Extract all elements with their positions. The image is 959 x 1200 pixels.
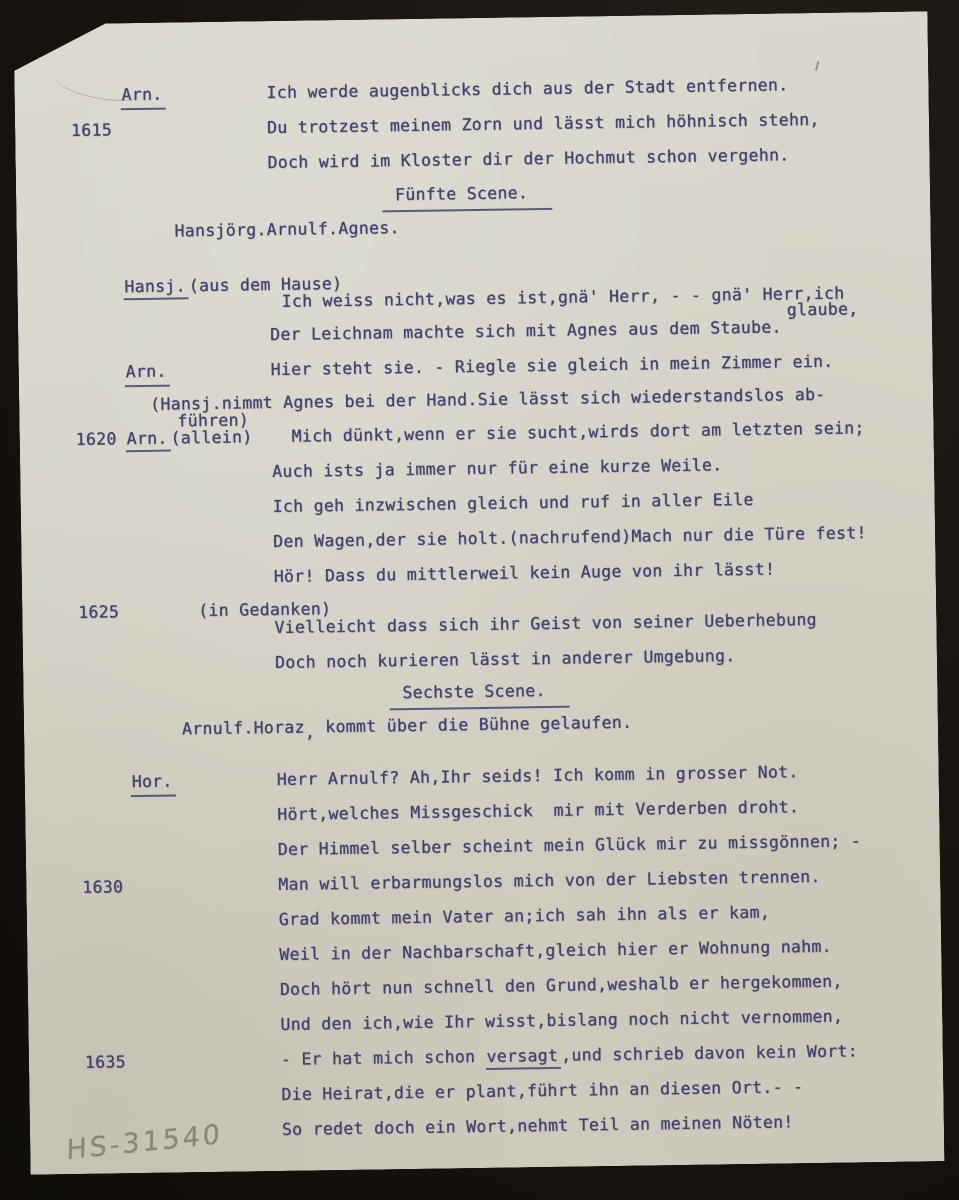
dialogue-text: Der Himmel selber scheint mein Glück mir… — [278, 831, 862, 860]
dialogue-text: Der Leichnam machte sich mit Agnes aus d… — [270, 317, 782, 345]
script-line: Arnulf.Horaz, kommt über die Bühne gelau… — [24, 708, 938, 722]
cast-list-text: kommt über die Bühne gelaufen. — [315, 713, 632, 737]
script-line: Arn. Hier steht sie. - Riegle sie gleich… — [19, 350, 933, 364]
line-number: 1630 — [82, 877, 123, 898]
dialogue-continuation: glaube, — [787, 299, 859, 321]
line-number: 1635 — [85, 1052, 126, 1073]
script-line: Hor. Herr Arnulf? Ah,Ihr seids! Ich komm… — [25, 760, 939, 774]
manuscript-page: Arn. Ich werde augenblicks dich aus der … — [14, 11, 945, 1174]
line-number: 1625 — [78, 602, 119, 623]
underlined-word: versagt — [485, 1046, 561, 1070]
dialogue-text: Den Wagen,der sie holt.(nachrufend)Mach … — [273, 523, 867, 552]
script-line: Und den ich,wie Ihr wisst,bislang noch n… — [28, 1005, 942, 1019]
archive-number-handwritten: HS-31540 — [66, 1119, 223, 1166]
dialogue-text: Man will erbarmungslos mich von der Lieb… — [278, 867, 821, 896]
script-line: Vielleicht dass sich ihr Geist von seine… — [22, 608, 936, 622]
script-line: Doch noch kurieren lässt in anderer Umge… — [23, 643, 937, 657]
script-line: Fünfte Scene. — [16, 177, 930, 191]
dialogue-text: - Er hat mich schon versagt,und schrieb … — [281, 1041, 858, 1070]
dialogue-text: Auch ists ja immer nur für eine kurze We… — [272, 455, 723, 482]
dialogue-text: Du trotzest meinem Zorn und lässt mich h… — [267, 110, 820, 139]
cast-list-text: Arnulf.Horaz — [182, 718, 305, 739]
script-line: Sechste Scene. — [23, 675, 937, 689]
cast-list: Hansjörg.Arnulf.Agnes. — [174, 218, 399, 242]
dialogue-text: Grad kommt mein Vater an;ich sah ihn als… — [279, 903, 770, 931]
script-line: Grad kommt mein Vater an;ich sah ihn als… — [27, 900, 941, 914]
scene-heading: Sechste Scene. — [389, 681, 570, 710]
speaker-name-underlined: Arn. — [126, 429, 171, 453]
pencil-mark — [815, 61, 820, 71]
script-line: Arn. Ich werde augenblicks dich aus der … — [14, 73, 928, 87]
dialogue-text-part: ,und schrieb davon kein Wort: — [561, 1041, 858, 1064]
dialogue-text: Doch hört nun schnell den Grund,weshalb … — [280, 972, 843, 1001]
script-line: Der Himmel selber scheint mein Glück mir… — [26, 830, 940, 844]
speaker-name: Hor. — [131, 772, 176, 797]
line-number: 1615 — [71, 120, 112, 141]
script-line: Die Heirat,die er plant,führt ihn an die… — [29, 1075, 943, 1089]
dialogue-text-part: - Er hat mich schon — [281, 1047, 486, 1069]
script-line: Ich geh inzwischen gleich und ruf in all… — [21, 487, 935, 501]
speaker-suffix: (allein) — [170, 427, 252, 447]
dialogue-text: Doch noch kurieren lässt in anderer Umge… — [275, 646, 736, 673]
script-line: Hansj.(aus dem Hause) — [17, 265, 931, 279]
stage-direction: (Hansj.nimmt Agnes bei der Hand.Sie läss… — [150, 385, 826, 416]
script-line: Hört,welches Missgeschick mir mit Verder… — [25, 795, 939, 809]
script-line: So redet doch ein Wort,nehmt Teil an mei… — [30, 1110, 944, 1124]
dialogue-text: Hör! Dass du mittlerweil kein Auge von i… — [274, 560, 776, 588]
script-line: Auch ists ja immer nur für eine kurze We… — [20, 452, 934, 466]
script-line: Hör! Dass du mittlerweil kein Auge von i… — [22, 557, 936, 571]
script-line: 1620 Arn.(allein) Mich dünkt,wenn er sie… — [20, 417, 934, 431]
script-line: Den Wagen,der sie holt.(nachrufend)Mach … — [21, 522, 935, 536]
dialogue-text: Ich weiss nicht,was es ist,gnä' Herr, - … — [282, 284, 845, 313]
scene-heading: Fünfte Scene. — [382, 183, 552, 212]
dialogue-text: Ich geh inzwischen gleich und ruf in all… — [273, 490, 754, 518]
dialogue-text: Ich werde augenblicks dich aus der Stadt… — [266, 75, 788, 103]
script-line: 1635 - Er hat mich schon versagt,und sch… — [29, 1040, 943, 1054]
script-line: Weil in der Nachbarschaft,gleich hier er… — [27, 935, 941, 949]
dialogue-text: Vielleicht dass sich ihr Geist von seine… — [274, 610, 817, 639]
speaker-name: Arn. — [125, 362, 170, 387]
speaker-name-underlined: Hansj. — [123, 276, 189, 300]
dialogue-text: So redet doch ein Wort,nehmt Teil an mei… — [282, 1112, 794, 1140]
dialogue-text: Weil in der Nachbarschaft,gleich hier er… — [279, 937, 832, 966]
script-line: 1630 Man will erbarmungslos mich von der… — [26, 865, 940, 879]
dialogue-text: Mich dünkt,wenn er sie sucht,wirds dort … — [292, 418, 865, 447]
script-line: 1625 (in Gedanken) — [22, 590, 936, 604]
speaker-name: Arn.(allein) — [126, 427, 253, 450]
script-line: Doch wird im Kloster dir der Hochmut sch… — [15, 143, 929, 157]
dialogue-text: Und den ich,wie Ihr wisst,bislang noch n… — [280, 1007, 843, 1036]
script-line: 1615 Du trotzest meinem Zorn und lässt m… — [15, 108, 929, 122]
inserted-comma: , — [305, 722, 316, 741]
dialogue-text: Hört,welches Missgeschick mir mit Verder… — [277, 797, 799, 825]
script-line: Doch hört nun schnell den Grund,weshalb … — [28, 970, 942, 984]
dialogue-text: Doch wird im Kloster dir der Hochmut sch… — [267, 145, 789, 173]
cast-list: Arnulf.Horaz, kommt über die Bühne gelau… — [182, 713, 633, 740]
script-line: Hansjörg.Arnulf.Agnes. — [16, 210, 930, 224]
line-number: 1620 — [76, 429, 117, 450]
dialogue-text: Herr Arnulf? Ah,Ihr seids! Ich komm in g… — [277, 762, 799, 790]
speaker-name: Arn. — [120, 85, 165, 110]
dialogue-text: Die Heirat,die er plant,führt ihn an die… — [281, 1077, 803, 1105]
dialogue-text: Hier steht sie. - Riegle sie gleich in m… — [271, 352, 834, 381]
